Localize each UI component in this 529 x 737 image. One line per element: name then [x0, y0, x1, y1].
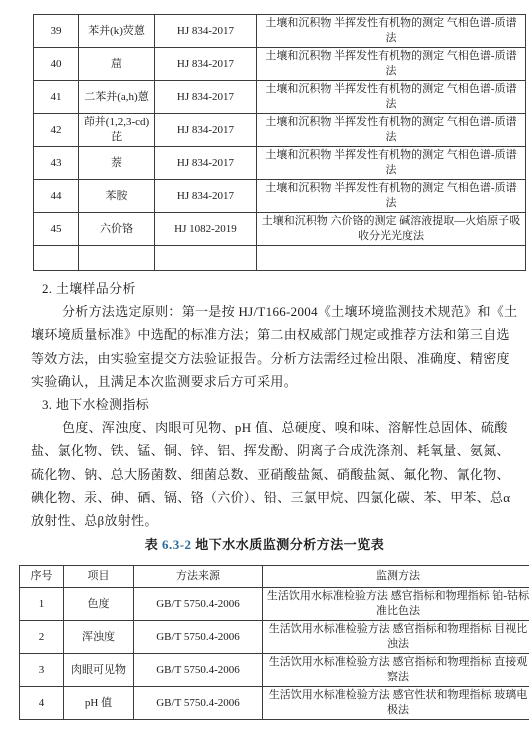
cell-method: 土壤和沉积物 半挥发性有机物的测定 气相色谱-质谱法 [257, 180, 526, 213]
section-heading-groundwater-indicators: 3. 地下水检测指标 [42, 393, 511, 416]
table-row: 39 苯并(k)荧蒽 HJ 834-2017 土壤和沉积物 半挥发性有机物的测定… [34, 15, 526, 48]
cell-analyte: 䓛 [79, 48, 155, 81]
groundwater-methods-table: 序号 项目 方法来源 监测方法 1 色度 GB/T 5750.4-2006 生活… [19, 565, 529, 720]
cell-standard: HJ 834-2017 [155, 48, 257, 81]
cell-seq: 44 [34, 180, 79, 213]
table-row: 44 苯胺 HJ 834-2017 土壤和沉积物 半挥发性有机物的测定 气相色谱… [34, 180, 526, 213]
header-seq: 序号 [20, 566, 64, 588]
cell-item: 肉眼可见物 [64, 654, 134, 687]
cell-seq [34, 246, 79, 271]
cell-method: 土壤和沉积物 半挥发性有机物的测定 气相色谱-质谱法 [257, 147, 526, 180]
table-row: 40 䓛 HJ 834-2017 土壤和沉积物 半挥发性有机物的测定 气相色谱-… [34, 48, 526, 81]
paragraph-line: 碘化物、汞、砷、硒、镉、铬（六价）、铅、三氯甲烷、四氯化碳、苯、甲苯、总α [31, 486, 511, 509]
cell-method: 生活饮用水标准检验方法 感官性状和物理指标 玻璃电极法 [263, 687, 529, 720]
caption-number: 6.3-2 [162, 537, 192, 552]
cell-item: pH 值 [64, 687, 134, 720]
cell-seq: 45 [34, 213, 79, 246]
cell-seq: 4 [20, 687, 64, 720]
cell-analyte [79, 246, 155, 271]
cell-source: GB/T 5750.4-2006 [134, 621, 263, 654]
cell-item: 色度 [64, 588, 134, 621]
cell-item: 浑浊度 [64, 621, 134, 654]
cell-seq: 39 [34, 15, 79, 48]
cell-method: 土壤和沉积物 半挥发性有机物的测定 气相色谱-质谱法 [257, 81, 526, 114]
paragraph-line: 盐、氯化物、铁、锰、铜、锌、铝、挥发酚、阴离子合成洗涤剂、耗氧量、氨氮、 [31, 439, 511, 462]
paragraph-line: 等效方法，由实验室提交方法验证报告。分析方法需经过检出限、准确度、精密度 [31, 347, 511, 370]
cell-standard: HJ 834-2017 [155, 81, 257, 114]
cell-analyte: 萘 [79, 147, 155, 180]
paragraph-line: 壤环境质量标准》中选配的标准方法；第二由权威部门规定或推荐方法和第三自选 [31, 323, 511, 346]
paragraph-line: 放射性、总β放射性。 [31, 509, 511, 532]
cell-method [257, 246, 526, 271]
cell-source: GB/T 5750.4-2006 [134, 687, 263, 720]
cell-method: 土壤和沉积物 半挥发性有机物的测定 气相色谱-质谱法 [257, 48, 526, 81]
table-row: 4 pH 值 GB/T 5750.4-2006 生活饮用水标准检验方法 感官性状… [20, 687, 529, 720]
cell-method: 土壤和沉积物 半挥发性有机物的测定 气相色谱-质谱法 [257, 15, 526, 48]
paragraph-line: 硫化物、钠、总大肠菌数、细菌总数、亚硝酸盐氮、硝酸盐氮、氟化物、氰化物、 [31, 463, 511, 486]
cell-standard [155, 246, 257, 271]
cell-analyte: 苯胺 [79, 180, 155, 213]
cell-method: 土壤和沉积物 半挥发性有机物的测定 气相色谱-质谱法 [257, 114, 526, 147]
table-caption: 表 6.3-2 地下水水质监测分析方法一览表 [0, 534, 529, 553]
soil-methods-table: 39 苯并(k)荧蒽 HJ 834-2017 土壤和沉积物 半挥发性有机物的测定… [33, 14, 526, 271]
cell-seq: 42 [34, 114, 79, 147]
section-heading-soil-analysis: 2. 土壤样品分析 [42, 277, 511, 300]
caption-prefix: 表 [145, 537, 162, 552]
body-text: 2. 土壤样品分析 分析方法选定原则：第一是按 HJ/T166-2004《土壤环… [31, 277, 511, 532]
cell-analyte: 茚并(1,2,3-cd)芘 [79, 114, 155, 147]
cell-method: 生活饮用水标准检验方法 感官指标和物理指标 铂-钴标准比色法 [263, 588, 529, 621]
paragraph-line: 色度、浑浊度、肉眼可见物、pH 值、总硬度、嗅和味、溶解性总固体、硫酸 [62, 416, 511, 439]
table-row: 42 茚并(1,2,3-cd)芘 HJ 834-2017 土壤和沉积物 半挥发性… [34, 114, 526, 147]
cell-source: GB/T 5750.4-2006 [134, 588, 263, 621]
header-method: 监测方法 [263, 566, 529, 588]
cell-method: 生活饮用水标准检验方法 感官指标和物理指标 直接观察法 [263, 654, 529, 687]
cell-analyte: 六价铬 [79, 213, 155, 246]
cell-seq: 1 [20, 588, 64, 621]
cell-analyte: 二苯并(a,h)蒽 [79, 81, 155, 114]
table-row: 43 萘 HJ 834-2017 土壤和沉积物 半挥发性有机物的测定 气相色谱-… [34, 147, 526, 180]
cell-standard: HJ 834-2017 [155, 114, 257, 147]
table-row: 2 浑浊度 GB/T 5750.4-2006 生活饮用水标准检验方法 感官指标和… [20, 621, 529, 654]
table-header-row: 序号 项目 方法来源 监测方法 [20, 566, 529, 588]
cell-seq: 43 [34, 147, 79, 180]
cell-seq: 41 [34, 81, 79, 114]
cell-source: GB/T 5750.4-2006 [134, 654, 263, 687]
table-row: 1 色度 GB/T 5750.4-2006 生活饮用水标准检验方法 感官指标和物… [20, 588, 529, 621]
header-source: 方法来源 [134, 566, 263, 588]
cell-standard: HJ 834-2017 [155, 15, 257, 48]
cell-seq: 40 [34, 48, 79, 81]
cell-seq: 3 [20, 654, 64, 687]
header-item: 项目 [64, 566, 134, 588]
table-row: 3 肉眼可见物 GB/T 5750.4-2006 生活饮用水标准检验方法 感官指… [20, 654, 529, 687]
cell-standard: HJ 834-2017 [155, 147, 257, 180]
cell-standard: HJ 1082-2019 [155, 213, 257, 246]
document-page: 39 苯并(k)荧蒽 HJ 834-2017 土壤和沉积物 半挥发性有机物的测定… [0, 0, 529, 737]
caption-text: 地下水水质监测分析方法一览表 [192, 537, 385, 552]
cell-seq: 2 [20, 621, 64, 654]
table-row: 41 二苯并(a,h)蒽 HJ 834-2017 土壤和沉积物 半挥发性有机物的… [34, 81, 526, 114]
cell-method: 土壤和沉积物 六价铬的测定 碱溶液提取—火焰原子吸收分光光度法 [257, 213, 526, 246]
cell-standard: HJ 834-2017 [155, 180, 257, 213]
paragraph-line: 实验确认，且满足本次监测要求后方可采用。 [31, 370, 511, 393]
table-row: 45 六价铬 HJ 1082-2019 土壤和沉积物 六价铬的测定 碱溶液提取—… [34, 213, 526, 246]
cell-method: 生活饮用水标准检验方法 感官指标和物理指标 目视比浊法 [263, 621, 529, 654]
paragraph-line: 分析方法选定原则：第一是按 HJ/T166-2004《土壤环境监测技术规范》和《… [62, 300, 511, 323]
table-row-empty [34, 246, 526, 271]
cell-analyte: 苯并(k)荧蒽 [79, 15, 155, 48]
